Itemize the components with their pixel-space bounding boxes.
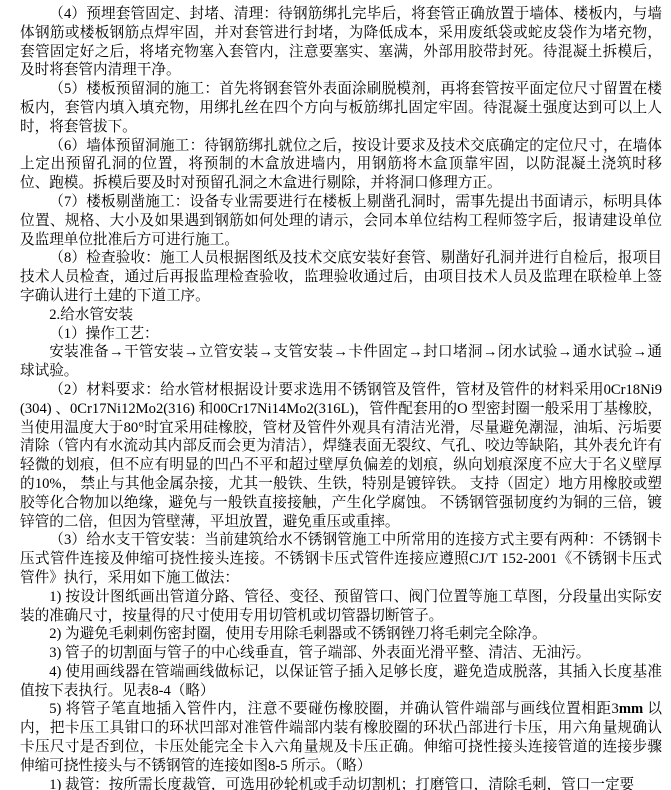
subsection-heading-operation-process: （1）操作工艺： bbox=[20, 325, 662, 344]
paragraph-material-requirements: （2）材料要求：给水管材根据设计要求选用不锈钢管及管件，管材及管件的材料采用0C… bbox=[20, 381, 662, 531]
list-item-step-1: 1) 按设计图纸画出管道分路、管径、变径、预留管口、阀门位置等施工草图，分段量出… bbox=[20, 588, 662, 626]
paragraph-process-flow: 安装准备→干管安装→立管安装→支管安装→卡件固定→封口堵洞→闭水试验→通水试验→… bbox=[20, 343, 662, 381]
list-item-step-2: 2) 为避免毛刺刺伤密封圈，使用专用除毛刺器或不锈钢锉刀将毛刺完全除净。 bbox=[20, 625, 662, 644]
step-5-unit-mm: mm bbox=[619, 701, 643, 717]
list-item-step-3: 3) 管子的切割面与管子的中心线垂直，管子端部、外表面光滑平整、清洁、无油污。 bbox=[20, 644, 662, 663]
paragraph-floor-reserved-hole: （5）楼板预留洞的施工：首先将钢套管外表面涂刷脱模剂，再将套管按平面定位尺寸留置… bbox=[20, 80, 662, 136]
paragraph-floor-chiseling: （7）楼板剔凿施工：设备专业需要进行在楼板上剔凿孔洞时，需事先提出书面请示，标明… bbox=[20, 193, 662, 249]
paragraph-wall-reserved-hole: （6）墙体预留洞施工：待钢筋绑扎就位之后，按设计要求及技术交底确定的定位尺寸，在… bbox=[20, 137, 662, 193]
step-5-text-before-unit: 5) 将管子笔直地插入管件内，注意不要碰伤橡胶圈，并确认管件端部与画线位置相距3 bbox=[49, 701, 619, 717]
document-page: （4）预埋套管固定、封堵、清理：待钢筋绑扎完毕后，将套管正确放置于墙体、楼板内，… bbox=[0, 0, 671, 790]
paragraph-embedded-sleeve-fixing: （4）预埋套管固定、封堵、清理：待钢筋绑扎完毕后，将套管正确放置于墙体、楼板内，… bbox=[20, 5, 662, 80]
paragraph-inspection-acceptance: （8）检查验收：施工人员根据图纸及技术交底安装好套管、剔凿好孔洞并进行自检后，报… bbox=[20, 249, 662, 305]
list-item-cut-pipe: 1) 裁管：按所需长度裁管，可选用砂轮机或手动切割机；打磨管口，清除毛刺，管口一… bbox=[20, 776, 662, 790]
list-item-step-5: 5) 将管子笔直地插入管件内，注意不要碰伤橡胶圈，并确认管件端部与画线位置相距3… bbox=[20, 700, 662, 775]
section-heading-water-pipe-installation: 2.给水管安装 bbox=[20, 306, 662, 325]
paragraph-branch-main-pipe-installation: （3）给水支干管安装：当前建筑给水不锈钢管施工中所常用的连接方式主要有两种：不锈… bbox=[20, 531, 662, 587]
list-item-step-4: 4) 使用画线器在管端画线做标记，以保证管子插入足够长度，避免造成脱落，其插入长… bbox=[20, 663, 662, 701]
